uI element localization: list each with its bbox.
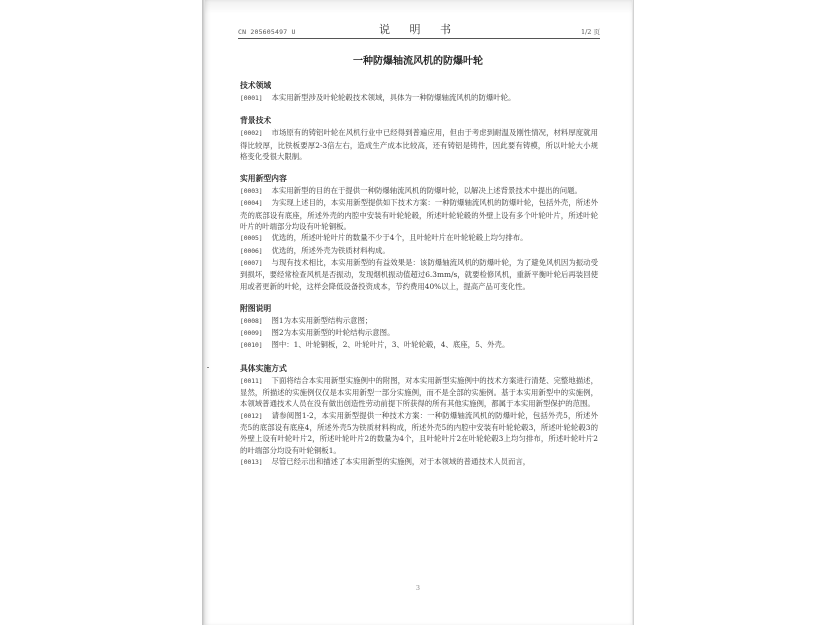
paragraph: [0012]请参阅图1-2，本实用新型提供一种技术方案：一种防爆轴流风机的防爆叶… — [240, 410, 598, 456]
document-body: 技术领域 [0001]本实用新型涉及叶轮轮毂技术领域，具体为一种防爆轴流风机的防… — [240, 80, 598, 479]
document-type: 说 明 书 — [379, 21, 459, 37]
paragraph-text: 图中：1、叶轮铜板，2、叶轮叶片，3、叶轮轮毂，4、底座，5、外壳。 — [272, 340, 510, 349]
paragraph-text: 市场原有的铸铝叶轮在风机行业中已经得到普遍应用，但由于考虑到耐温及刚性情况，材料… — [240, 128, 598, 161]
paragraph-text: 与现有技术相比，本实用新型的有益效果是：该防爆轴流风机的防爆叶轮，为了避免风机因… — [240, 258, 598, 291]
paragraph: [0007]与现有技术相比，本实用新型的有益效果是：该防爆轴流风机的防爆叶轮，为… — [240, 257, 598, 292]
paragraph: [0006]优选的，所述外壳为铁质材料构成。 — [240, 245, 598, 257]
paragraph-number: [0005] — [240, 234, 263, 242]
paragraph: [0008]图1为本实用新型结构示意图； — [240, 315, 598, 327]
scan-shadow — [205, 0, 632, 14]
document-number: CN 205605497 U — [238, 28, 296, 36]
paragraph: [0001]本实用新型涉及叶轮轮毂技术领域，具体为一种防爆轴流风机的防爆叶轮。 — [240, 92, 598, 104]
paragraph-number: [0003] — [240, 187, 263, 195]
paragraph-text: 为实现上述目的，本实用新型提供如下技术方案：一种防爆轴流风机的防爆叶轮，包括外壳… — [240, 198, 598, 231]
section-heading: 附图说明 — [240, 303, 598, 315]
section-heading: 实用新型内容 — [240, 173, 598, 185]
paragraph-text: 图1为本实用新型结构示意图； — [272, 316, 373, 325]
paragraph-text: 图2为本实用新型的叶轮结构示意图。 — [272, 328, 395, 337]
paragraph: [0004]为实现上述目的，本实用新型提供如下技术方案：一种防爆轴流风机的防爆叶… — [240, 197, 598, 232]
paragraph-number: [0009] — [240, 329, 263, 337]
paragraph-number: [0006] — [240, 247, 263, 255]
section-background: 背景技术 [0002]市场原有的铸铝叶轮在风机行业中已经得到普遍应用，但由于考虑… — [240, 115, 598, 162]
section-drawings: 附图说明 [0008]图1为本实用新型结构示意图； [0009]图2为本实用新型… — [240, 303, 598, 352]
paragraph-text: 请参阅图1-2，本实用新型提供一种技术方案：一种防爆轴流风机的防爆叶轮，包括外壳… — [240, 411, 598, 455]
section-summary: 实用新型内容 [0003]本实用新型的目的在于提供一种防爆轴流风机的防爆叶轮，以… — [240, 173, 598, 292]
paragraph-number: [0007] — [240, 259, 263, 267]
paragraph-text: 优选的，所述外壳为铁质材料构成。 — [272, 246, 390, 255]
paragraph: [0009]图2为本实用新型的叶轮结构示意图。 — [240, 327, 598, 339]
section-embodiments: 具体实施方式 [0011]下面将结合本实用新型实施例中的附图，对本实用新型实施例… — [240, 363, 598, 468]
paragraph: [0003]本实用新型的目的在于提供一种防爆轴流风机的防爆叶轮，以解决上述背景技… — [240, 185, 598, 197]
scan-speck — [207, 367, 209, 368]
paragraph-number: [0012] — [240, 412, 263, 420]
paragraph-text: 尽管已经示出和描述了本实用新型的实施例，对于本领域的普通技术人员而言， — [272, 457, 531, 466]
document-page: CN 205605497 U 说 明 书 1/2 页 一种防爆轴流风机的防爆叶轮… — [202, 0, 634, 625]
paragraph: [0011]下面将结合本实用新型实施例中的附图，对本实用新型实施例中的技术方案进… — [240, 375, 598, 410]
page-header: CN 205605497 U 说 明 书 1/2 页 — [238, 24, 600, 39]
paragraph-number: [0013] — [240, 458, 263, 466]
paragraph: [0002]市场原有的铸铝叶轮在风机行业中已经得到普遍应用，但由于考虑到耐温及刚… — [240, 127, 598, 162]
paragraph-number: [0011] — [240, 377, 263, 385]
section-heading: 技术领域 — [240, 80, 598, 92]
section-heading: 背景技术 — [240, 115, 598, 127]
paragraph: [0005]优选的，所述叶轮叶片的数量不少于4个，且叶轮叶片在叶轮轮毂上均匀排布… — [240, 232, 598, 244]
page-indicator: 1/2 页 — [581, 27, 600, 36]
paragraph-number: [0010] — [240, 341, 263, 349]
paragraph-number: [0004] — [240, 199, 263, 207]
paragraph: [0013]尽管已经示出和描述了本实用新型的实施例，对于本领域的普通技术人员而言… — [240, 456, 598, 468]
paragraph-text: 优选的，所述叶轮叶片的数量不少于4个，且叶轮叶片在叶轮轮毂上均匀排布。 — [272, 233, 528, 242]
paragraph-text: 本实用新型的目的在于提供一种防爆轴流风机的防爆叶轮，以解决上述背景技术中提出的问… — [272, 186, 582, 195]
page-number: 3 — [202, 584, 634, 592]
paragraph-text: 本实用新型涉及叶轮轮毂技术领域，具体为一种防爆轴流风机的防爆叶轮。 — [272, 93, 516, 102]
paragraph-number: [0001] — [240, 94, 263, 102]
section-technical-field: 技术领域 [0001]本实用新型涉及叶轮轮毂技术领域，具体为一种防爆轴流风机的防… — [240, 80, 598, 104]
section-heading: 具体实施方式 — [240, 363, 598, 375]
paragraph: [0010]图中：1、叶轮铜板，2、叶轮叶片，3、叶轮轮毂，4、底座，5、外壳。 — [240, 339, 598, 351]
paragraph-number: [0002] — [240, 129, 263, 137]
paragraph-text: 下面将结合本实用新型实施例中的附图，对本实用新型实施例中的技术方案进行清楚、完整… — [240, 376, 598, 409]
paragraph-number: [0008] — [240, 317, 263, 325]
document-title: 一种防爆轴流风机的防爆叶轮 — [202, 52, 634, 67]
